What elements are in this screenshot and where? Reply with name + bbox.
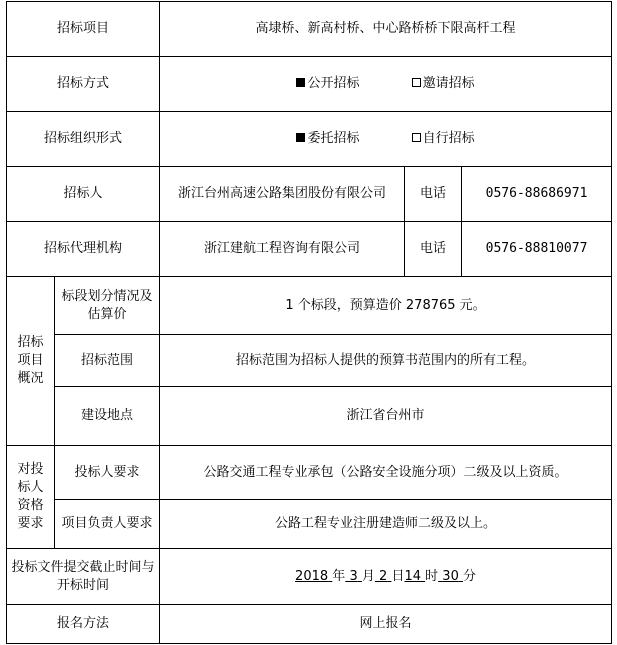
deadline-year: 2018 [295,569,328,584]
project-value: 高埭桥、新高村桥、中心路桥桥下限高杆工程 [160,2,612,57]
qualification-group-label: 对投 标人 资格 要求 [7,446,55,549]
deadline-value: 2018 年 3 月 2 日14 时 30 分 [160,549,612,605]
agency-phone: 0576-88810077 [462,222,612,277]
row-overview-scope: 招标范围 招标范围为招标人提供的预算书范围内的所有工程。 [7,335,612,387]
method-options: 公开招标 邀请招标 [160,57,612,112]
tenderer-phone: 0576-88686971 [462,167,612,222]
tenderer-phone-label: 电话 [405,167,462,222]
method-option-invite: 邀请招标 [412,75,475,93]
registration-label: 报名方法 [7,605,160,644]
row-organization: 招标组织形式 委托招标 自行招标 [7,112,612,167]
agency-phone-label: 电话 [405,222,462,277]
tenderer-value: 浙江台州高速公路集团股份有限公司 [160,167,405,222]
checked-box-icon [296,78,305,87]
row-project: 招标项目 高埭桥、新高村桥、中心路桥桥下限高杆工程 [7,2,612,57]
scope-value: 招标范围为招标人提供的预算书范围内的所有工程。 [160,335,612,387]
row-registration: 报名方法 网上报名 [7,605,612,644]
unchecked-box-icon [412,133,421,142]
budget-value: 1 个标段，预算造价 278765 元。 [160,277,612,335]
budget-label: 标段划分情况及 估算价 [55,277,160,335]
overview-group-label: 招标 项目 概况 [7,277,55,446]
deadline-hour: 14 [404,569,421,584]
bidder-requirement-label: 投标人要求 [55,446,160,500]
deadline-month: 3 [349,569,357,584]
tender-info-table: 招标项目 高埭桥、新高村桥、中心路桥桥下限高杆工程 招标方式 公开招标 邀请招标… [6,1,612,644]
organization-option-entrusted: 委托招标 [296,130,359,148]
organization-options: 委托招标 自行招标 [160,112,612,167]
row-deadline: 投标文件提交截止时间与 开标时间 2018 年 3 月 2 日14 时 30 分 [7,549,612,605]
row-method: 招标方式 公开招标 邀请招标 [7,57,612,112]
row-agency: 招标代理机构 浙江建航工程咨询有限公司 电话 0576-88810077 [7,222,612,277]
registration-value: 网上报名 [160,605,612,644]
organization-label: 招标组织形式 [7,112,160,167]
deadline-label: 投标文件提交截止时间与 开标时间 [7,549,160,605]
location-label: 建设地点 [55,387,160,446]
row-overview-location: 建设地点 浙江省台州市 [7,387,612,446]
checked-box-icon [296,133,305,142]
location-value: 浙江省台州市 [160,387,612,446]
method-label: 招标方式 [7,57,160,112]
project-label: 招标项目 [7,2,160,57]
agency-label: 招标代理机构 [7,222,160,277]
row-qualification-bidder: 对投 标人 资格 要求 投标人要求 公路交通工程专业承包（公路安全设施分项）二级… [7,446,612,500]
manager-requirement-value: 公路工程专业注册建造师二级及以上。 [160,500,612,549]
method-option-open: 公开招标 [296,75,359,93]
scope-label: 招标范围 [55,335,160,387]
manager-requirement-label: 项目负责人要求 [55,500,160,549]
row-qualification-manager: 项目负责人要求 公路工程专业注册建造师二级及以上。 [7,500,612,549]
tenderer-label: 招标人 [7,167,160,222]
bidder-requirement-value: 公路交通工程专业承包（公路安全设施分项）二级及以上资质。 [160,446,612,500]
unchecked-box-icon [412,78,421,87]
deadline-minute: 30 [442,569,459,584]
organization-option-self: 自行招标 [412,130,475,148]
agency-value: 浙江建航工程咨询有限公司 [160,222,405,277]
row-overview-budget: 招标 项目 概况 标段划分情况及 估算价 1 个标段，预算造价 278765 元… [7,277,612,335]
row-tenderer: 招标人 浙江台州高速公路集团股份有限公司 电话 0576-88686971 [7,167,612,222]
